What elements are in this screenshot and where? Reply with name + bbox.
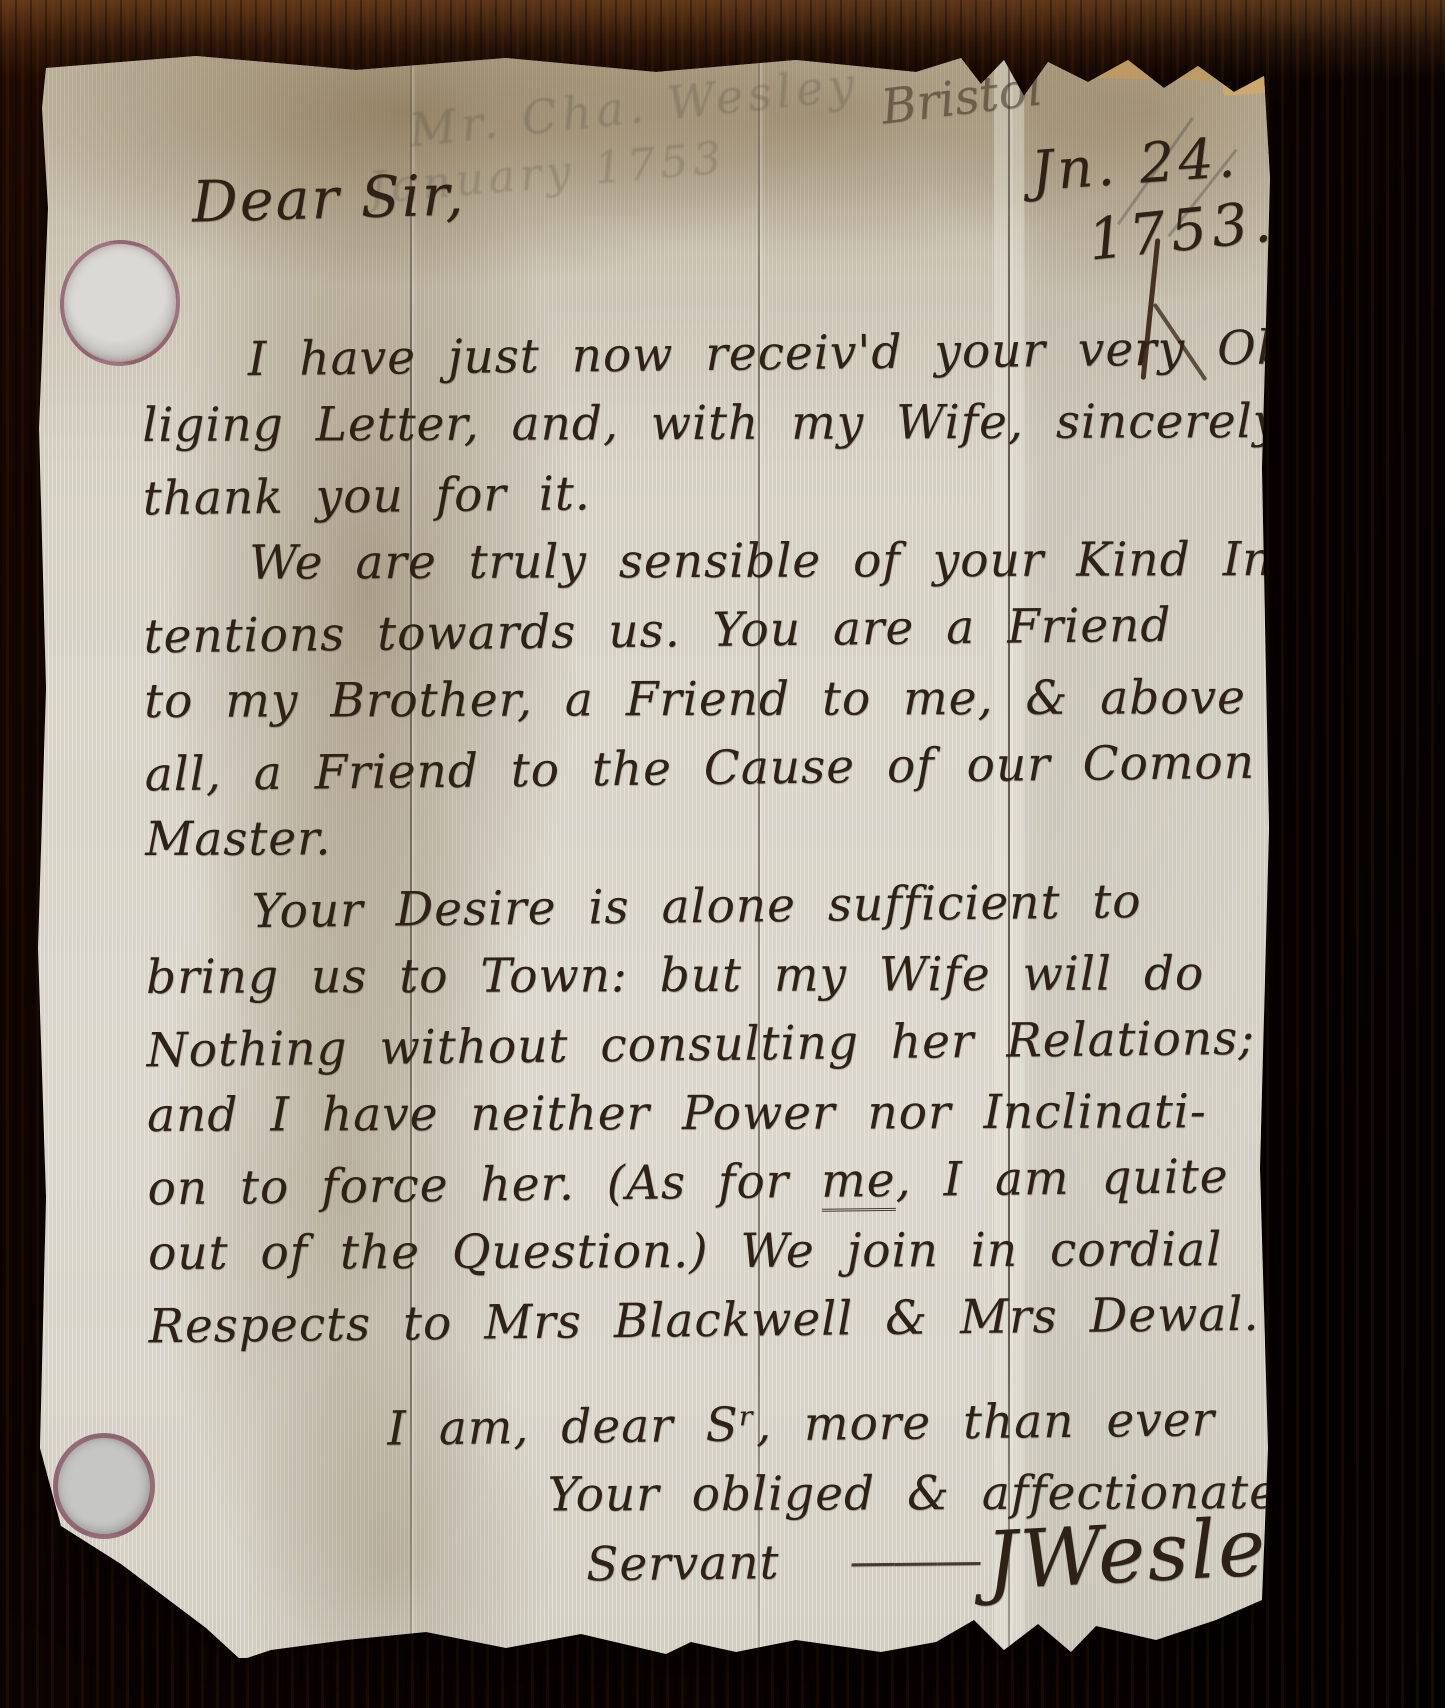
line-text: on to force her. (As for (147, 1154, 821, 1217)
closing-servant: Servant (586, 1528, 780, 1599)
letter-line: to my Brother, a Friend to me, & above (144, 663, 1268, 736)
letter-line: out of the Question.) We join in cordial (148, 1215, 1272, 1288)
underlined-word: me (821, 1153, 896, 1212)
letter-line: Nothing without consulting her Relations… (146, 1004, 1271, 1086)
letter-line: Respects to Mrs Blackwell & Mrs Dewal. (148, 1280, 1273, 1362)
letter-line: bring us to Town: but my Wife will do (146, 939, 1270, 1012)
letter-line: all, a Friend to the Cause of our Comon (144, 728, 1269, 810)
letter-line-underlined-me: on to force her. (As for me, I am quite (147, 1142, 1272, 1224)
letter-body: I have just now receiv'd your very Ob- l… (142, 316, 1275, 1602)
line-text: , I am quite (895, 1149, 1229, 1208)
date-day: Jn. 24. (1029, 125, 1241, 203)
letter-line: We are truly sensible of your Kind In- (143, 525, 1267, 598)
letter-line: and I have neither Power nor Inclinati- (147, 1077, 1271, 1150)
letter-paper: Mr. Cha. Wesley January 1753 Bristol Jn.… (36, 48, 1270, 1658)
date-year: 1753. (1085, 188, 1279, 273)
wax-seal-mark-bottom (53, 1433, 155, 1539)
letter-line: tentions towards us. You are a Friend (143, 590, 1268, 672)
letter-line: liging Letter, and, with my Wife, sincer… (142, 387, 1266, 460)
letter-line: thank you for it. (142, 452, 1267, 534)
photo-scene: Mr. Cha. Wesley January 1753 Bristol Jn.… (0, 0, 1445, 1708)
letter-line: I have just now receiv'd your very Ob- (141, 314, 1266, 396)
closing-dash: ——— (849, 1526, 979, 1596)
letter-paper-wrap: Mr. Cha. Wesley January 1753 Bristol Jn.… (36, 48, 1270, 1658)
closing-line: I am, dear Sʳ, more than ever (149, 1385, 1274, 1467)
letter-line: Your Desire is alone sufficient to (145, 866, 1270, 948)
letter-line: Master. (145, 801, 1269, 874)
torn-paper-bit-top-right (1094, 52, 1257, 82)
salutation: Dear Sir, (191, 162, 466, 235)
